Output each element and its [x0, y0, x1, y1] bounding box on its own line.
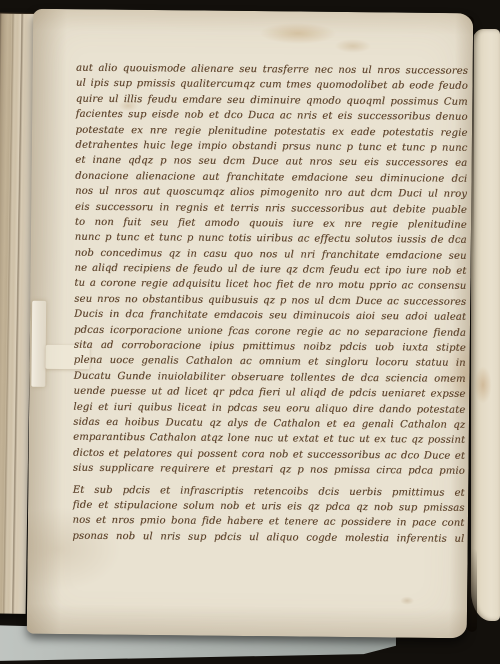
page-gap-shadow-bottom [467, 548, 477, 632]
manuscript-photo: aut alio quouismode alienare seu trasfer… [0, 0, 500, 664]
manuscript-line: psonas nob ul nris sup pdcis ul aliquo c… [72, 528, 464, 546]
manuscript-page: aut alio quouismode alienare seu trasfer… [27, 9, 474, 639]
facing-page-fore-edge [471, 29, 500, 621]
text-block: aut alio quouismode alienare seu trasfer… [72, 61, 468, 547]
gutter-light-band [31, 301, 46, 387]
fore-edge-stain [471, 359, 495, 411]
manuscript-line: sius supplicare requirere et prestari qz… [73, 461, 465, 479]
